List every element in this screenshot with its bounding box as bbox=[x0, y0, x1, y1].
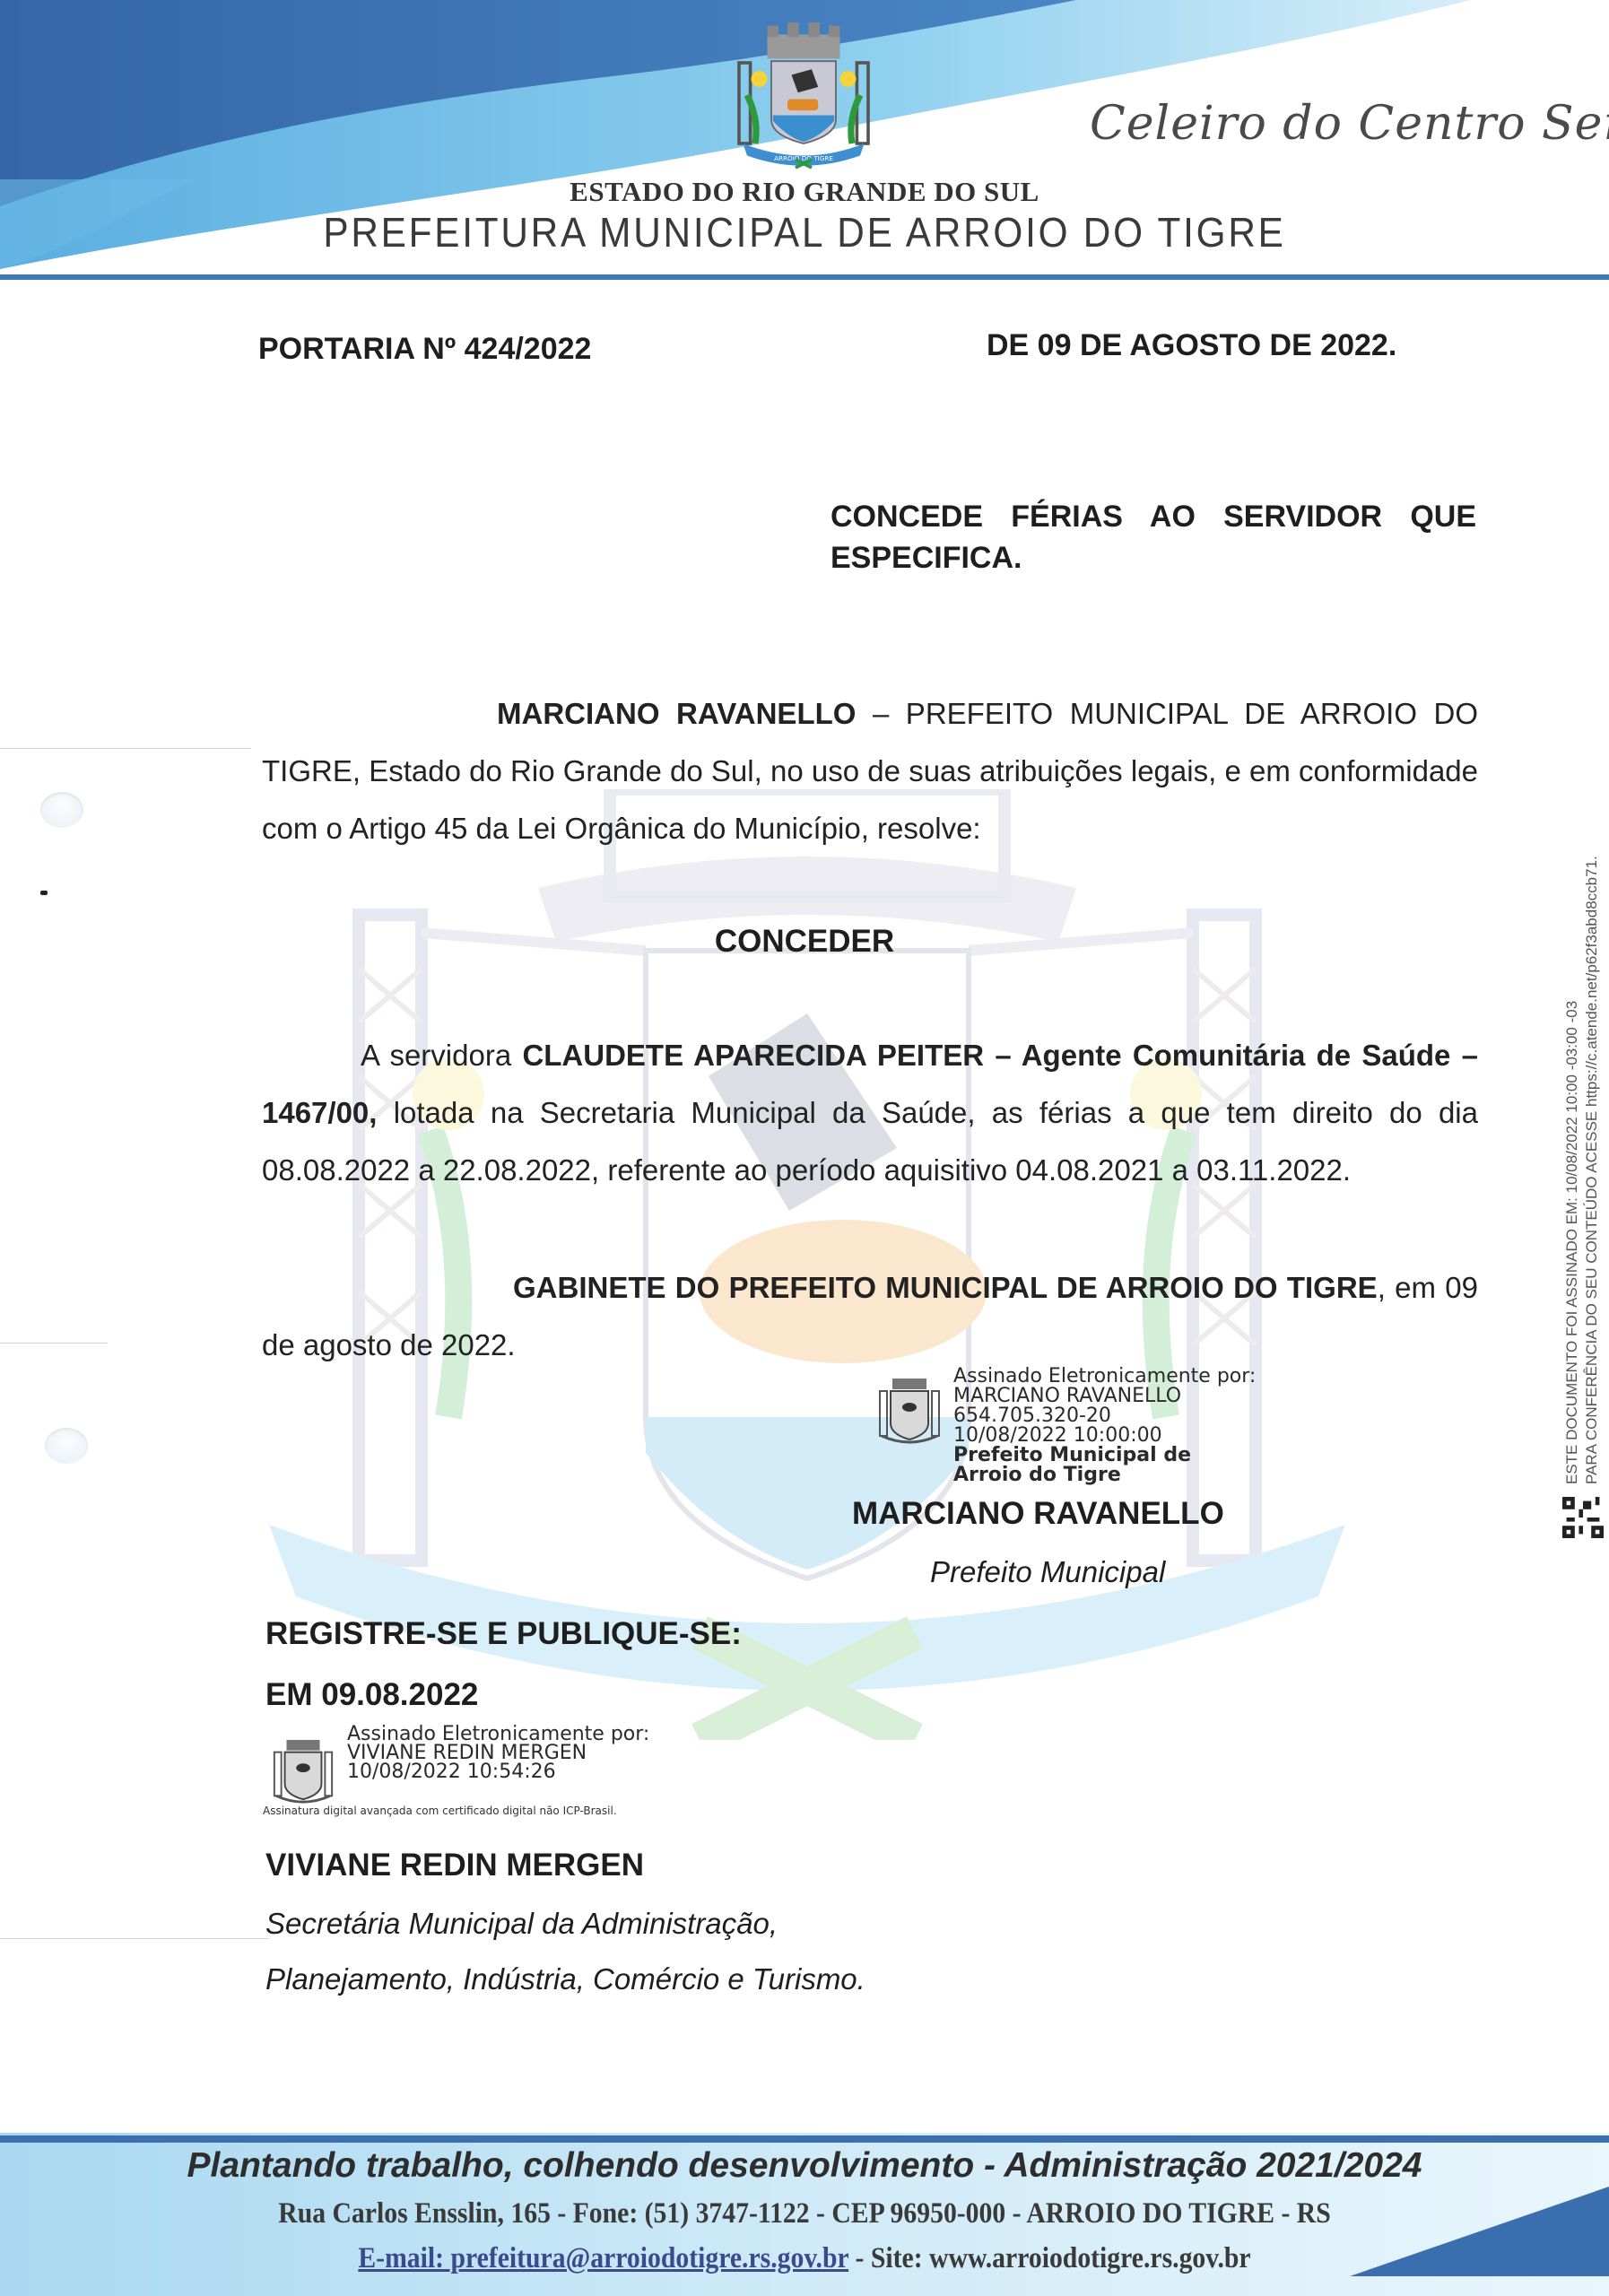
signature-certificate-note: Assinatura digital avançada com certific… bbox=[263, 1804, 711, 1818]
stamp-line: MARCIANO RAVANELLO bbox=[953, 1387, 1256, 1406]
scan-artifact-line bbox=[0, 1938, 269, 1939]
article-paragraph: A servidora CLAUDETE APARECIDA PEITER – … bbox=[262, 1027, 1478, 1199]
footer-slogan: Plantando trabalho, colhendo desenvolvim… bbox=[0, 2146, 1609, 2186]
scan-artifact-line bbox=[0, 1343, 108, 1344]
stamp-line: 10/08/2022 10:54:26 bbox=[347, 1762, 649, 1781]
ementa: CONCEDE FÉRIAS AO SERVIDOR QUE ESPECIFIC… bbox=[831, 496, 1476, 578]
header-motto: Celeiro do Centro Serra bbox=[1090, 97, 1592, 151]
secretary-electronic-signature: Assinado Eletronicamente por: VIVIANE RE… bbox=[347, 1725, 649, 1781]
svg-text:ARROIO DO TIGRE: ARROIO DO TIGRE bbox=[774, 154, 833, 162]
secretary-title-line-2: Planejamento, Indústria, Comércio e Turi… bbox=[265, 1962, 865, 1996]
footer-address: Rua Carlos Ensslin, 165 - Fone: (51) 374… bbox=[81, 2197, 1529, 2231]
portaria-number: PORTARIA Nº 424/2022 bbox=[258, 332, 591, 367]
header-divider bbox=[0, 274, 1609, 280]
stamp-line: 654.705.320-20 bbox=[953, 1406, 1256, 1426]
article-lead: A servidora bbox=[361, 1039, 522, 1072]
stamp-role: Prefeito Municipal de bbox=[953, 1446, 1256, 1465]
mayor-name-inline: MARCIANO RAVANELLO bbox=[497, 697, 856, 730]
scan-artifact-line bbox=[0, 748, 251, 749]
secretary-signature-name: VIVIANE REDIN MERGEN bbox=[265, 1848, 644, 1883]
mayor-electronic-signature: Assinado Eletronicamente por: MARCIANO R… bbox=[953, 1367, 1256, 1485]
footer-divider bbox=[0, 2135, 1609, 2143]
action-title: CONCEDER bbox=[0, 924, 1609, 960]
register-publish-label: REGISTRE-SE E PUBLIQUE-SE: bbox=[265, 1616, 742, 1652]
secretary-title-line-1: Secretária Municipal da Administração, bbox=[265, 1907, 778, 1941]
verification-side-text: ESTE DOCUMENTO FOI ASSINADO EM: 10/08/20… bbox=[1561, 713, 1605, 1538]
preamble-text: – PREFEITO MUNICIPAL DE ARROIO DO TIGRE,… bbox=[262, 697, 1478, 845]
footer-separator: - bbox=[848, 2242, 871, 2274]
secretary-stamp-crest-icon bbox=[269, 1738, 337, 1808]
mayor-stamp-crest-icon bbox=[874, 1377, 944, 1448]
article-text: lotada na Secretaria Municipal da Saúde,… bbox=[262, 1096, 1478, 1187]
stamp-line: Assinado Eletronicamente por: bbox=[347, 1725, 649, 1744]
footer-site-link[interactable]: Site: www.arroiodotigre.rs.gov.br bbox=[871, 2242, 1251, 2274]
preamble-paragraph: MARCIANO RAVANELLO – PREFEITO MUNICIPAL … bbox=[262, 685, 1478, 857]
verification-line-2[interactable]: PARA CONFERÊNCIA DO SEU CONTEÚDO ACESSE … bbox=[1582, 856, 1602, 1484]
stamp-line: 10/08/2022 10:00:00 bbox=[953, 1426, 1256, 1446]
closing-paragraph: GABINETE DO PREFEITO MUNICIPAL DE ARROIO… bbox=[262, 1259, 1478, 1374]
qr-code-icon[interactable] bbox=[1562, 1497, 1604, 1538]
scan-artifact bbox=[40, 891, 48, 895]
city-hall-name: PREFEITURA MUNICIPAL DE ARROIO DO TIGRE bbox=[65, 208, 1544, 257]
stamp-role: Arroio do Tigre bbox=[953, 1465, 1256, 1485]
closing-office: GABINETE DO PREFEITO MUNICIPAL DE ARROIO… bbox=[513, 1271, 1378, 1304]
register-date: EM 09.08.2022 bbox=[265, 1677, 478, 1713]
mayor-signature-title: Prefeito Municipal bbox=[930, 1555, 1165, 1589]
portaria-date: DE 09 DE AGOSTO DE 2022. bbox=[987, 328, 1396, 363]
punch-hole bbox=[40, 792, 83, 828]
punch-hole bbox=[45, 1428, 88, 1464]
verification-line-1: ESTE DOCUMENTO FOI ASSINADO EM: 10/08/20… bbox=[1562, 856, 1582, 1484]
footer-email-link[interactable]: E-mail: prefeitura@arroiodotigre.rs.gov.… bbox=[358, 2242, 848, 2274]
municipal-crest-icon: ARROIO DO TIGRE bbox=[723, 13, 884, 170]
footer-contact: E-mail: prefeitura@arroiodotigre.rs.gov.… bbox=[81, 2242, 1529, 2275]
stamp-line: VIVIANE REDIN MERGEN bbox=[347, 1744, 649, 1762]
stamp-line: Assinado Eletronicamente por: bbox=[953, 1367, 1256, 1387]
state-name: ESTADO DO RIO GRANDE DO SUL bbox=[0, 176, 1609, 208]
mayor-signature-name: MARCIANO RAVANELLO bbox=[852, 1496, 1224, 1532]
